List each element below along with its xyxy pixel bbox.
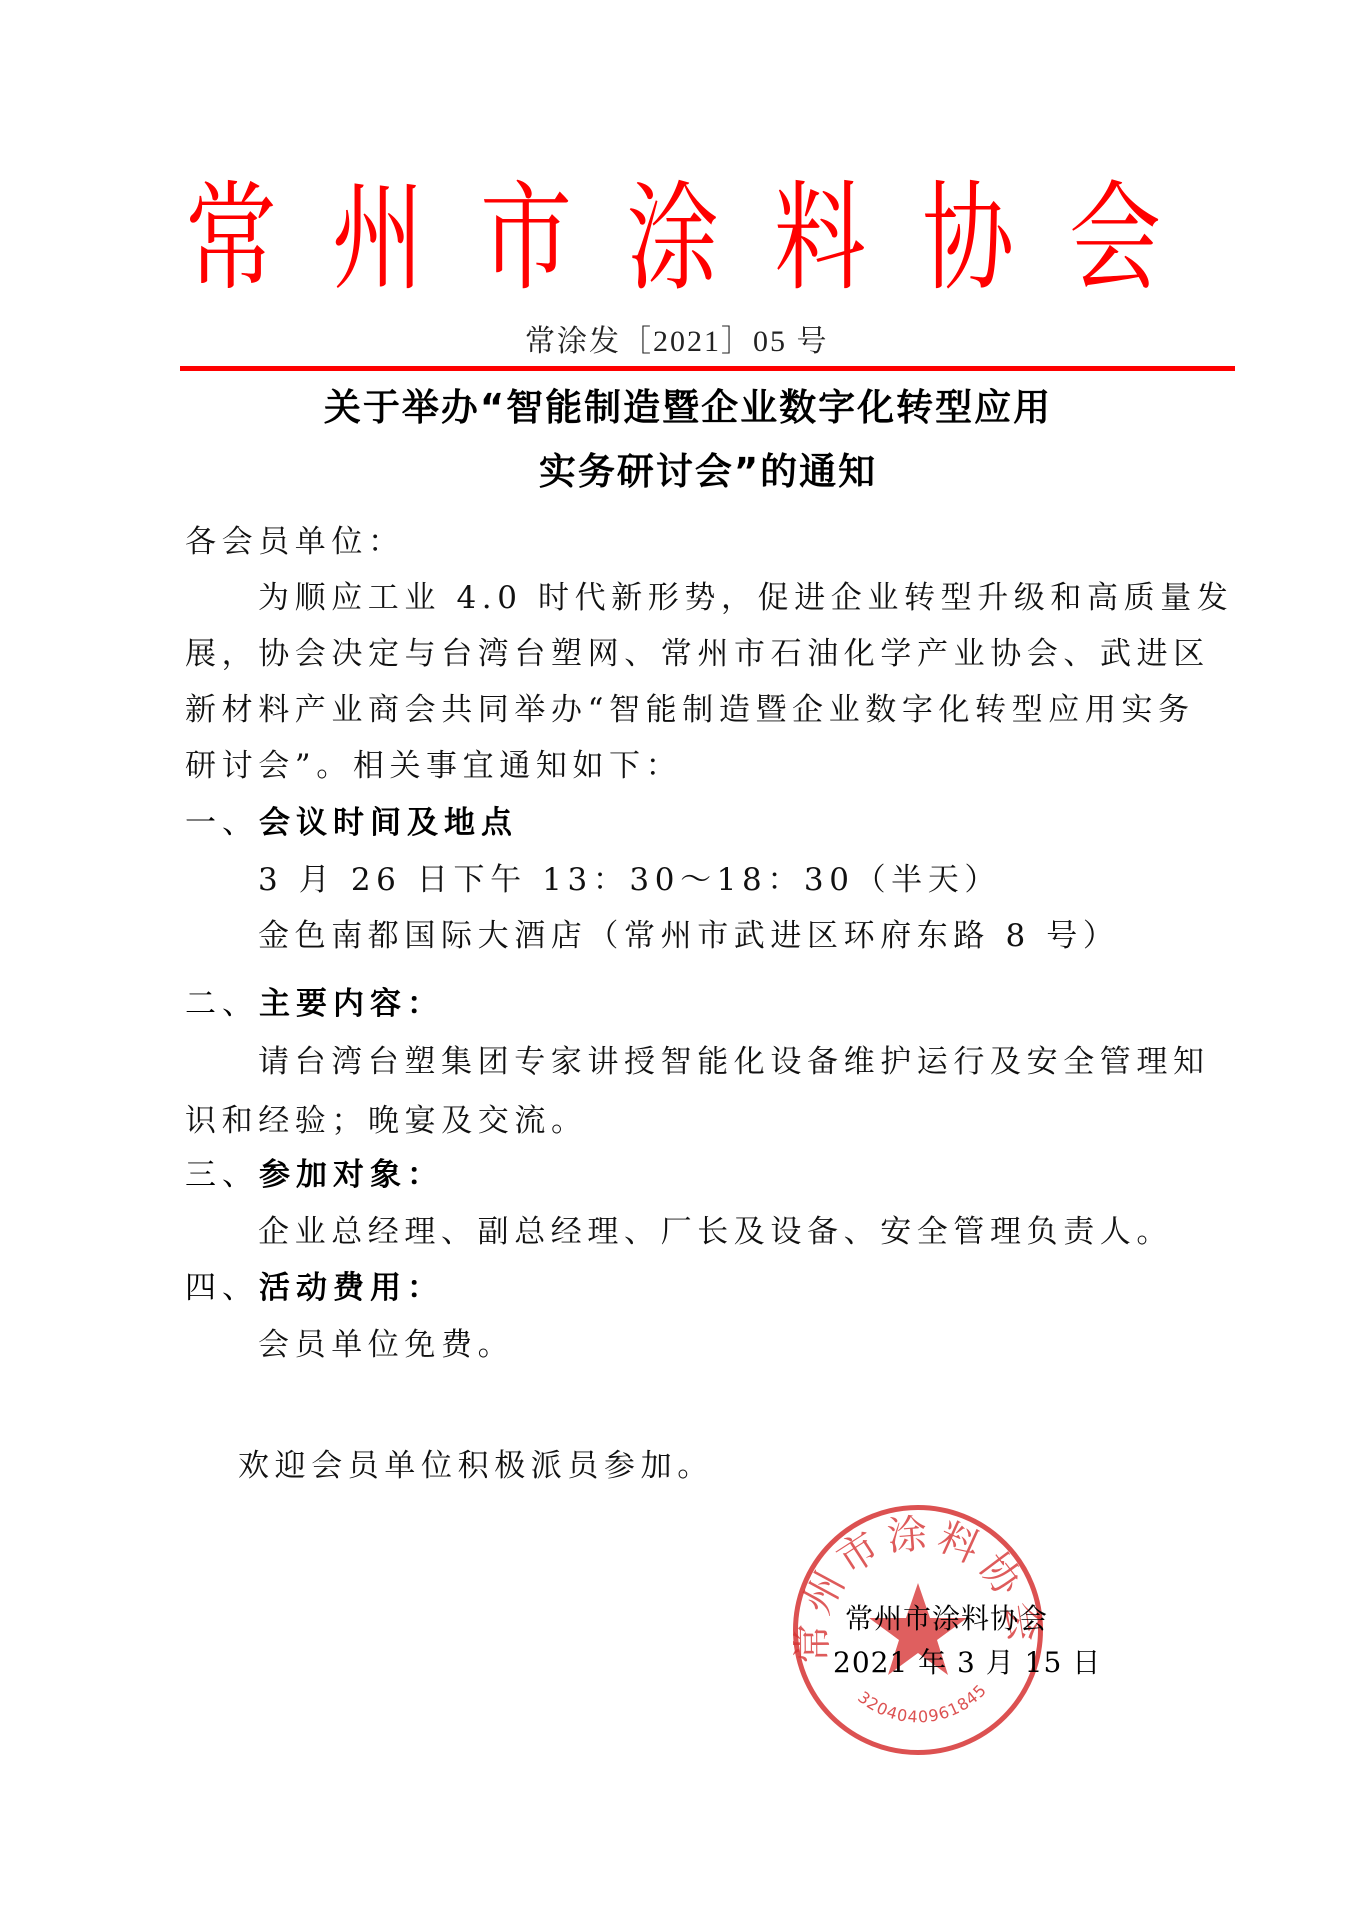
letterhead-char: 料 (774, 168, 849, 308)
closing-line: 欢迎会员单位积极派员参加。 (238, 1446, 714, 1486)
letterhead-org-name: 常 州 市 涂 料 协 会 (185, 168, 1165, 308)
section-heading-text: 主要内容： (259, 986, 444, 1022)
salutation: 各会员单位： (185, 522, 405, 562)
seal-code: 3204040961845 (854, 1680, 990, 1726)
section-heading-text: 活动费用： (259, 1270, 444, 1306)
intro-line: 展，协会决定与台湾台塑网、常州市石油化学产业协会、武进区 (185, 634, 1210, 674)
signature-date: 2021 年 3 月 15 日 (833, 1645, 1101, 1681)
section-number: 四、 (185, 1270, 259, 1306)
section-number: 三、 (185, 1157, 259, 1193)
section-line: 会员单位免费。 (258, 1325, 514, 1365)
section-line-time: 3 月 26 日下午 13：30～18：30（半天） (258, 860, 1001, 900)
section-heading-text: 参加对象： (259, 1157, 444, 1193)
letterhead-char: 会 (1069, 168, 1144, 308)
notice-title-line-2: 实务研讨会”的通知 (0, 446, 1356, 498)
section-number: 一、 (185, 805, 259, 841)
intro-line: 为顺应工业 4.0 时代新形势，促进企业转型升级和高质量发 (258, 578, 1233, 618)
document-number: 常涂发［2021］05 号 (525, 322, 829, 362)
section-line: 识和经验；晚宴及交流。 (185, 1101, 588, 1141)
letterhead-char: 涂 (627, 168, 702, 308)
section-heading-text: 会议时间及地点 (259, 805, 518, 841)
section-number: 二、 (185, 986, 259, 1022)
section-heading-time-location: 一、会议时间及地点 (185, 803, 518, 843)
section-heading-content: 二、主要内容： (185, 984, 444, 1024)
notice-title-line-1: 关于举办“智能制造暨企业数字化转型应用 (0, 384, 1356, 432)
section-heading-participants: 三、参加对象： (185, 1155, 444, 1195)
section-line-location: 金色南都国际大酒店（常州市武进区环府东路 8 号） (258, 916, 1119, 956)
svg-text:3204040961845: 3204040961845 (854, 1680, 990, 1726)
section-line: 请台湾台塑集团专家讲授智能化设备维护运行及安全管理知 (258, 1042, 1210, 1082)
letterhead-char: 市 (480, 168, 555, 308)
intro-line: 研讨会”。相关事宜通知如下： (185, 746, 682, 786)
letterhead-divider (180, 366, 1235, 371)
signature-org: 常州市涂料协会 (845, 1601, 1048, 1637)
section-line: 企业总经理、副总经理、厂长及设备、安全管理负责人。 (258, 1212, 1173, 1252)
letterhead-char: 常 (185, 168, 260, 308)
letterhead-char: 协 (922, 168, 997, 308)
section-heading-fees: 四、活动费用： (185, 1268, 444, 1308)
letterhead-char: 州 (332, 168, 407, 308)
intro-line: 新材料产业商会共同举办“智能制造暨企业数字化转型应用实务 (185, 690, 1195, 730)
